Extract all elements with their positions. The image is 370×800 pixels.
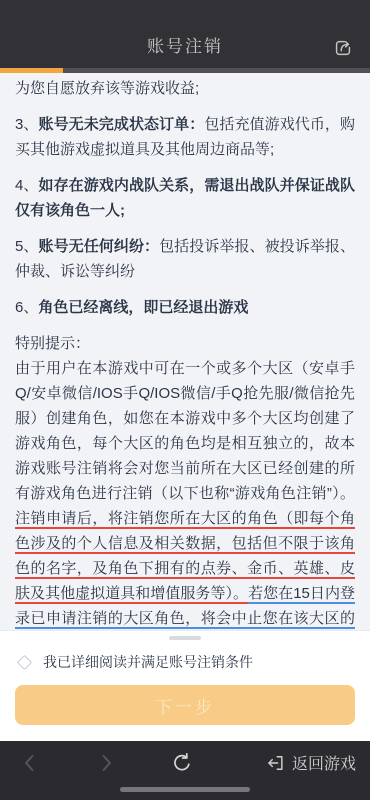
diamond-checkbox-icon[interactable] [17, 654, 33, 670]
agree-row[interactable]: 我已详细阅读并满足账号注销条件 [15, 652, 355, 672]
intro-paragraph: 为您自愿放弃该等游戏收益; [15, 76, 355, 101]
chevron-right-icon [94, 751, 118, 775]
exit-left-icon [266, 753, 286, 773]
notice-paragraph: 由于用户在本游戏中可在一个或多个大区（安卓手Q/安卓微信/IOS手Q/IOS微信… [15, 356, 355, 630]
share-export-icon [332, 37, 354, 59]
content-scroll-area[interactable]: 为您自愿放弃该等游戏收益; 3、账号无未完成状态订单：包括充值游戏代币，购买其他… [0, 73, 370, 630]
term-item: 6、角色已经离线，即已经退出游戏 [15, 295, 355, 320]
header: 账号注销 [0, 0, 370, 68]
share-button[interactable] [330, 35, 356, 61]
return-to-game-label: 返回游戏 [292, 751, 356, 774]
return-to-game-button[interactable]: 返回游戏 [266, 751, 356, 774]
page-title: 账号注销 [147, 32, 223, 68]
home-indicator[interactable] [120, 787, 250, 792]
term-item: 3、账号无未完成状态订单：包括充值游戏代币，购买其他游戏虚拟道具及其他周边商品等… [15, 112, 355, 162]
notice-segment-normal: 由于用户在本游戏中可在一个或多个大区（安卓手Q/安卓微信/IOS手Q/IOS微信… [15, 360, 355, 502]
term-item: 5、账号无任何纠纷：包括投诉举报、被投诉举报、仲裁、诉讼等纠纷 [15, 234, 355, 284]
refresh-icon [170, 751, 194, 775]
bottom-navigation-bar: 返回游戏 [0, 741, 370, 800]
agree-label: 我已详细阅读并满足账号注销条件 [43, 652, 253, 672]
next-step-button[interactable]: 下一步 [15, 685, 355, 725]
screen: 账号注销 为您自愿放弃该等游戏收益; 3、账号无未完成状态订单：包括充值游戏代币… [0, 0, 370, 800]
refresh-button[interactable] [170, 751, 194, 775]
bottom-sheet: 我已详细阅读并满足账号注销条件 下一步 [0, 630, 370, 741]
back-button[interactable] [18, 751, 42, 775]
forward-button[interactable] [94, 751, 118, 775]
terms-list: 3、账号无未完成状态订单：包括充值游戏代币，购买其他游戏虚拟道具及其他周边商品等… [15, 112, 355, 320]
sheet-drag-handle[interactable] [169, 636, 201, 640]
chevron-left-icon [18, 751, 42, 775]
notice-title: 特别提示： [15, 331, 355, 356]
term-item: 4、如存在游戏内战队关系，需退出战队并保证战队仅有该角色一人; [15, 173, 355, 223]
